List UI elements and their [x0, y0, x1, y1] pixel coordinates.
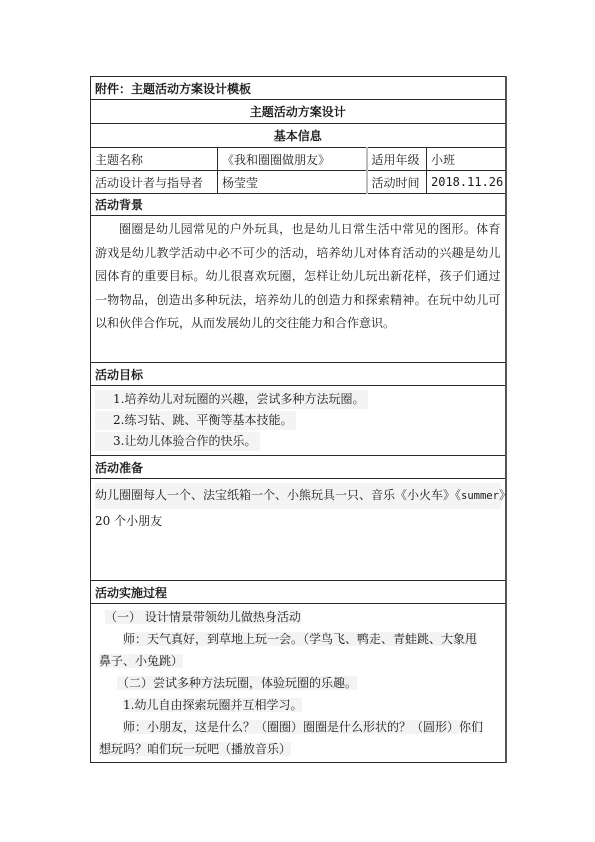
process-line: 1.幼儿自由探索玩圈并互相学习。 [123, 698, 302, 712]
music-title-summer: summer [461, 490, 499, 502]
preparation-materials-text: 幼儿圈圈每人一个、法宝纸箱一个、小熊玩具一只、音乐《小火车》《 [95, 488, 461, 502]
time-value: 2018.11.26 [427, 171, 506, 194]
theme-name-label: 主题名称 [91, 148, 218, 171]
background-text: 圈圈是幼儿园常见的户外玩具，也是幼儿日常生活中常见的图形。体育游戏是幼儿教学活动… [95, 218, 501, 336]
goals-title: 活动目标 [91, 363, 506, 386]
preparation-materials: 幼儿圈圈每人一个、法宝纸箱一个、小熊玩具一只、音乐《小火车》《summer》 [95, 483, 501, 509]
goal-item: 3.让幼儿体验合作的快乐。 [95, 432, 260, 451]
form-title: 主题活动方案设计 [91, 100, 506, 124]
background-title: 活动背景 [91, 194, 506, 216]
background-section: 圈圈是幼儿园常见的户外玩具，也是幼儿日常生活中常见的图形。体育游戏是幼儿教学活动… [91, 216, 506, 363]
goal-item: 2.练习钻、跳、平衡等基本技能。 [95, 411, 296, 430]
attachment-title: 附件：主题活动方案设计模板 [91, 77, 506, 100]
goal-item: 1.培养幼儿对玩圈的兴趣，尝试多种方法玩圈。 [95, 390, 368, 409]
designer-value: 杨莹莹 [218, 171, 367, 194]
preparation-participants: 20 个小朋友 [95, 509, 501, 534]
grade-value: 小班 [427, 148, 506, 171]
goals-list: 1.培养幼儿对玩圈的兴趣，尝试多种方法玩圈。 2.练习钻、跳、平衡等基本技能。 … [91, 386, 506, 456]
designer-label: 活动设计者与指导者 [91, 171, 218, 194]
process-section: （一） 设计情景带领幼儿做热身活动 师：天气真好，到草地上玩一会。（学鸟飞、鸭走… [91, 604, 506, 763]
preparation-title: 活动准备 [91, 456, 506, 479]
activity-plan-table: 附件：主题活动方案设计模板 主题活动方案设计 基本信息 主题名称 《我和圈圈做朋… [90, 76, 507, 763]
basic-info-title: 基本信息 [91, 124, 506, 148]
process-line: 师：天气真好，到草地上玩一会。（学鸟飞、鸭走、青蛙跳、大象甩 [123, 632, 477, 646]
preparation-section: 幼儿圈圈每人一个、法宝纸箱一个、小熊玩具一只、音乐《小火车》《summer》 2… [91, 479, 506, 581]
theme-name-value: 《我和圈圈做朋友》 [218, 148, 367, 171]
process-step-heading: （一） 设计情景带领幼儿做热身活动 [105, 610, 301, 624]
process-line: 鼻子、小兔跳） [99, 654, 183, 668]
process-step-heading: （二）尝试多种方法玩圈，体验玩圈的乐趣。 [117, 676, 357, 690]
closing-bracket: 》 [499, 488, 506, 502]
process-line: 想玩吗？咱们玩一玩吧（播放音乐） [99, 742, 291, 756]
process-line: 师：小朋友，这是什么？（圈圈）圈圈是什么形状的？（圆形）你们 [123, 720, 483, 734]
process-title: 活动实施过程 [91, 581, 506, 604]
time-label: 活动时间 [367, 171, 427, 194]
grade-label: 适用年级 [367, 148, 427, 171]
